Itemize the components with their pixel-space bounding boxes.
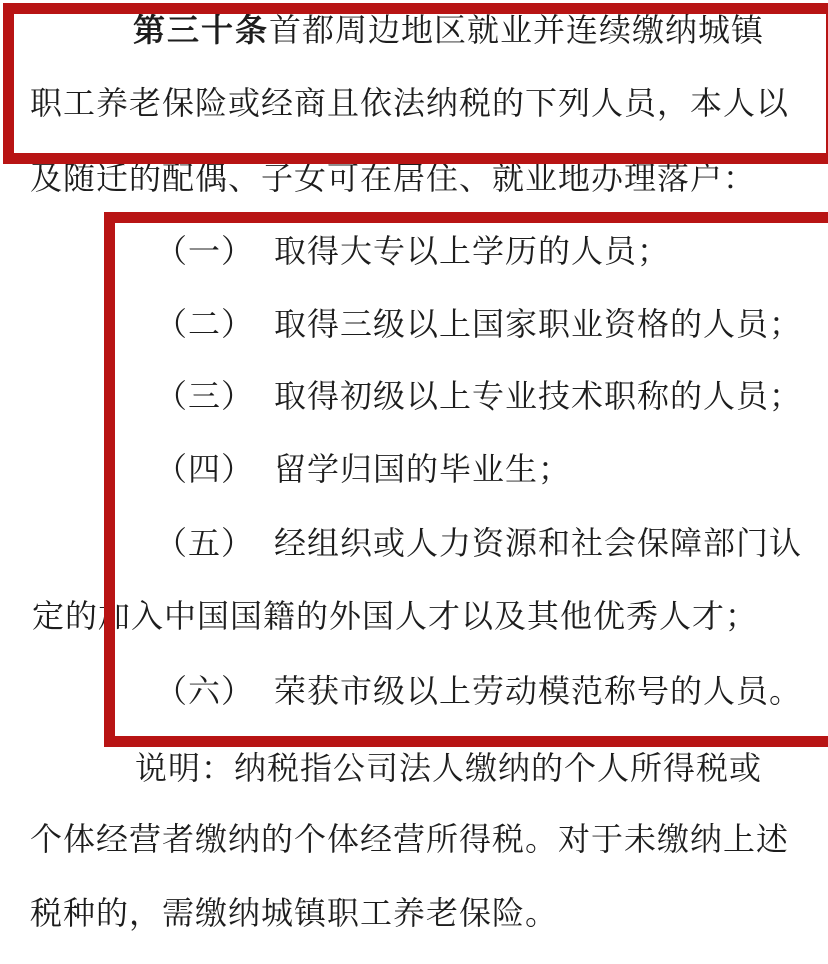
- list-item-2-number: （二）: [155, 304, 254, 344]
- article-number: 第三十条: [133, 12, 269, 48]
- article-heading-line: 第三十条首都周边地区就业并连续缴纳城镇: [133, 10, 764, 50]
- list-item-4-number: （四）: [155, 449, 254, 489]
- list-item-5-text: 经组织或人力资源和社会保障部门认: [274, 523, 802, 563]
- list-item-3-text: 取得初级以上专业技术职称的人员；: [274, 376, 802, 416]
- list-item-5-continuation: 定的加入中国国籍的外国人才以及其他优秀人才；: [32, 596, 758, 636]
- list-item-3-number: （三）: [155, 376, 254, 416]
- list-item-5: （五）经组织或人力资源和社会保障部门认: [155, 523, 802, 563]
- article-line1-rest: 首都周边地区就业并连续缴纳城镇: [269, 12, 764, 48]
- article-line3: 及随迁的配偶、子女可在居住、就业地办理落户：: [30, 158, 756, 198]
- document-page: 第三十条首都周边地区就业并连续缴纳城镇 职工养老保险或经商且依法纳税的下列人员，…: [0, 0, 828, 964]
- list-item-2: （二）取得三级以上国家职业资格的人员；: [155, 304, 802, 344]
- list-item-6-number: （六）: [155, 671, 254, 711]
- list-item-1-text: 取得大专以上学历的人员；: [274, 231, 670, 271]
- list-item-3: （三）取得初级以上专业技术职称的人员；: [155, 376, 802, 416]
- note-line1: 说明：纳税指公司法人缴纳的个人所得税或: [135, 748, 762, 788]
- list-item-6-text: 荣获市级以上劳动模范称号的人员。: [274, 671, 802, 711]
- article-line2: 职工养老保险或经商且依法纳税的下列人员，本人以: [30, 83, 789, 123]
- list-item-6: （六）荣获市级以上劳动模范称号的人员。: [155, 671, 802, 711]
- list-item-5-number: （五）: [155, 523, 254, 563]
- list-item-4-text: 留学归国的毕业生；: [274, 449, 571, 489]
- note-line3: 税种的，需缴纳城镇职工养老保险。: [30, 893, 558, 933]
- list-item-1: （一）取得大专以上学历的人员；: [155, 231, 670, 271]
- list-item-2-text: 取得三级以上国家职业资格的人员；: [274, 304, 802, 344]
- list-item-1-number: （一）: [155, 231, 254, 271]
- note-line2: 个体经营者缴纳的个体经营所得税。对于未缴纳上述: [30, 819, 789, 859]
- list-item-4: （四）留学归国的毕业生；: [155, 449, 571, 489]
